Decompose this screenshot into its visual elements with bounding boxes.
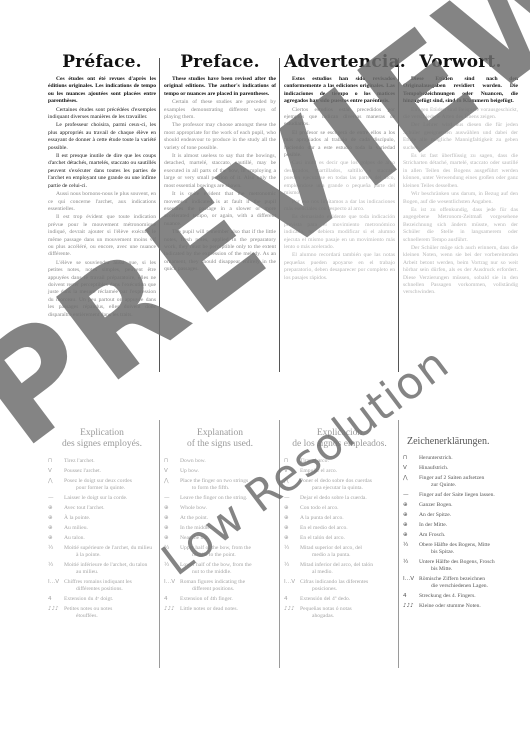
list-item: ♪♪♪Little notes or dead notes. xyxy=(164,606,276,613)
list-item: ⋀Finger auf 2 Saiten aufsetzenzur Quinte… xyxy=(403,475,518,489)
position-numerals-icon: I…V xyxy=(284,579,300,593)
list-item: ⊕Au talon. xyxy=(48,535,156,542)
paragraph: The professor may choose amongst these t… xyxy=(164,122,276,152)
up-bow-icon: V xyxy=(48,468,64,475)
upper-half-icon: ½ xyxy=(403,542,419,556)
list-item: ♪♪♪Petites notes ou notesétouffées. xyxy=(48,606,156,620)
upper-half-icon: ½ xyxy=(164,545,180,559)
list-item: ⊕A la punta del arco. xyxy=(284,515,395,522)
list-item: I…VCifras indicando las diferentesposici… xyxy=(284,579,395,593)
paragraph: Il est presque inutile de dire que les c… xyxy=(48,153,156,190)
lower-half-icon: ½ xyxy=(403,559,419,573)
hold-finger-icon: — xyxy=(403,492,419,499)
fifth-bridge-icon: ⋀ xyxy=(284,478,300,492)
signs-spanish-title: Explicación de los signos empleados. xyxy=(284,428,395,450)
preface-english-title: Preface. xyxy=(164,52,276,72)
list-item: ½Lower half of the bow, from thenut to t… xyxy=(164,562,276,576)
down-bow-icon: ⊓ xyxy=(48,458,64,465)
list-item: ½Upper half of the bow, from themiddle t… xyxy=(164,545,276,559)
whole-bow-icon: ⊕ xyxy=(48,505,64,512)
list-item: ⊕En el medio del arco. xyxy=(284,525,395,532)
paragraph: These studies have been revised after th… xyxy=(164,76,276,98)
paragraph: Por eso nos limitamos a dar las indicaci… xyxy=(284,199,395,214)
fifth-bridge-icon: ⋀ xyxy=(164,478,180,492)
up-bow-icon: V xyxy=(164,468,180,475)
paragraph: Le professeur choisira, parmi ceux-ci, l… xyxy=(48,122,156,152)
paragraph: It is almost useless to say that the bow… xyxy=(164,153,276,190)
paragraph: El alumno recordará también que las nota… xyxy=(284,252,395,282)
list-item: VUp bow. xyxy=(164,468,276,475)
middle-icon: ⊕ xyxy=(164,525,180,532)
list-item: ⊕En el talón del arco. xyxy=(284,535,395,542)
paragraph: Ces études ont été revues d'après les éd… xyxy=(48,76,156,106)
paragraph: Il est trop évident que toute indication… xyxy=(48,214,156,258)
lower-half-icon: ½ xyxy=(48,562,64,576)
preface-german-title: Vorwort. xyxy=(403,52,518,72)
list-item: VEmpujar el arco. xyxy=(284,468,395,475)
paragraph: Einigen Etüden sind Beispiele vorausgesc… xyxy=(403,107,518,122)
score-preface-page: Préface. Ces études ont été revues d'apr… xyxy=(0,0,530,750)
at-point-icon: ⊕ xyxy=(164,515,180,522)
at-frog-icon: ⊕ xyxy=(284,535,300,542)
list-item: ⊓Down bow. xyxy=(164,458,276,465)
preface-spanish-body: Estos estudios han sido revisados confor… xyxy=(284,76,395,282)
paragraph: Aussi nous bornons-nous le plus souvent,… xyxy=(48,191,156,213)
list-item: I…VRoman figures indicating thedifferent… xyxy=(164,579,276,593)
paragraph: Casi inútil es decir que los golpes de a… xyxy=(284,160,395,197)
list-item: ♪♪♪Kleine oder stumme Noten. xyxy=(403,603,518,610)
paragraph: L'élève se souviendra aussi que, si les … xyxy=(48,260,156,319)
down-bow-icon: ⊓ xyxy=(403,455,419,462)
list-item: ½Mitad superior del arco, delmedio a la … xyxy=(284,545,395,559)
paragraph: Es ist fast überflüssig zu sagen, dass d… xyxy=(403,153,518,190)
title-line: Explication xyxy=(48,428,156,439)
title-line: des signes employés. xyxy=(48,439,156,450)
at-frog-icon: ⊕ xyxy=(403,532,419,539)
lower-half-icon: ½ xyxy=(164,562,180,576)
signs-german-title: Zeichenerklärungen. xyxy=(403,436,518,447)
list-item: ⊕In the middle. xyxy=(164,525,276,532)
paragraph: Certain of these studies are preceded by… xyxy=(164,99,276,121)
list-item: ♪♪♪Pequeñas notas ó notasahogadas. xyxy=(284,606,395,620)
signs-spanish-column: Explicación de los signos empleados. ⊓Ti… xyxy=(284,428,395,668)
list-item: ⊓Tirez l'archet. xyxy=(48,458,156,465)
list-item: ⊕At the point. xyxy=(164,515,276,522)
down-bow-icon: ⊓ xyxy=(284,458,300,465)
position-numerals-icon: I…V xyxy=(403,576,419,590)
whole-bow-icon: ⊕ xyxy=(403,502,419,509)
paragraph: Der Lehrer wird aus diesen die für jeden… xyxy=(403,122,518,152)
list-item: ⊕Whole bow. xyxy=(164,505,276,512)
small-notes-icon: ♪♪♪ xyxy=(403,603,419,610)
position-numerals-icon: I…V xyxy=(48,579,64,593)
list-item: VPoussez l'archet. xyxy=(48,468,156,475)
list-item: ⊕Ganzer Bogen. xyxy=(403,502,518,509)
preface-german-body: Diese Etüden sind nach den Originalausga… xyxy=(403,76,518,297)
hold-finger-icon: — xyxy=(48,495,64,502)
preface-french-title: Préface. xyxy=(48,52,156,72)
list-item: 4Extensión del 4º dedo. xyxy=(284,596,395,603)
list-item: —Finger auf der Saite liegen lassen. xyxy=(403,492,518,499)
preface-section: Préface. Ces études ont été revues d'apr… xyxy=(48,52,518,372)
position-numerals-icon: I…V xyxy=(164,579,180,593)
fifth-bridge-icon: ⋀ xyxy=(403,475,419,489)
list-item: —Dejar el dedo sobre la cuerda. xyxy=(284,495,395,502)
list-item: ⊕Am Frosch. xyxy=(403,532,518,539)
signs-french-title: Explication des signes employés. xyxy=(48,428,156,450)
signs-english-title: Explanation of the signs used. xyxy=(164,428,276,450)
at-point-icon: ⊕ xyxy=(48,515,64,522)
whole-bow-icon: ⊕ xyxy=(284,505,300,512)
paragraph: Diese Etüden sind nach den Originalausga… xyxy=(403,76,518,106)
paragraph: Ciertos estudios están precedidos por ej… xyxy=(284,107,395,129)
list-item: ⋀Place the finger on two stringsto form … xyxy=(164,478,276,492)
list-item: ⊕An der Spitze. xyxy=(403,512,518,519)
up-bow-icon: V xyxy=(284,468,300,475)
list-item: ½Moitié inférieure de l'archet, du talon… xyxy=(48,562,156,576)
at-point-icon: ⊕ xyxy=(284,515,300,522)
signs-german-column: Zeichenerklärungen. ⊓Herunterstrich. VHi… xyxy=(403,428,518,668)
small-notes-icon: ♪♪♪ xyxy=(284,606,300,620)
list-item: ⊕Con todo el arco. xyxy=(284,505,395,512)
paragraph: Der Schüler möge sich auch erinnern, das… xyxy=(403,245,518,297)
up-bow-icon: V xyxy=(403,465,419,472)
list-item: ⊕In der Mitte. xyxy=(403,522,518,529)
hold-finger-icon: — xyxy=(164,495,180,502)
paragraph: Estos estudios han sido revisados confor… xyxy=(284,76,395,106)
middle-icon: ⊕ xyxy=(403,522,419,529)
list-item: 4Extension of 4th finger. xyxy=(164,596,276,603)
list-item: ⊓Tirar el arco. xyxy=(284,458,395,465)
list-item: 4Extension du 4ᵉ doigt. xyxy=(48,596,156,603)
down-bow-icon: ⊓ xyxy=(164,458,180,465)
list-item: ½Moitié supérieure de l'archet, du milie… xyxy=(48,545,156,559)
extension-icon: 4 xyxy=(403,593,419,600)
paragraph: The pupil will remember also that if the… xyxy=(164,229,276,273)
list-item: ⊓Herunterstrich. xyxy=(403,455,518,462)
preface-english-body: These studies have been revised after th… xyxy=(164,76,276,274)
at-frog-icon: ⊕ xyxy=(48,535,64,542)
paragraph: Wir beschränken uns darum, in Bezug auf … xyxy=(403,191,518,206)
list-item: ⊕Avec tout l'archet. xyxy=(48,505,156,512)
small-notes-icon: ♪♪♪ xyxy=(48,606,64,620)
list-item: VHinaufstrich. xyxy=(403,465,518,472)
signs-section: Explication des signes employés. ⊓Tirez … xyxy=(48,428,518,668)
fifth-bridge-icon: ⋀ xyxy=(48,478,64,492)
middle-icon: ⊕ xyxy=(284,525,300,532)
upper-half-icon: ½ xyxy=(284,545,300,559)
title-line: Explicación xyxy=(284,428,395,439)
list-item: ½Obere Hälfte des Bogens, Mittebis Spitz… xyxy=(403,542,518,556)
list-item: ⊕À la pointe. xyxy=(48,515,156,522)
list-item: 4Streckung des 4. Fingers. xyxy=(403,593,518,600)
preface-french-column: Préface. Ces études ont été revues d'apr… xyxy=(48,52,156,372)
list-item: —Leave the finger on the string. xyxy=(164,495,276,502)
title-line: de los signos empleados. xyxy=(284,439,395,450)
paragraph: Certaines études sont précédées d'exempl… xyxy=(48,107,156,122)
preface-german-column: Vorwort. Diese Etüden sind nach den Orig… xyxy=(403,52,518,372)
title-line: of the signs used. xyxy=(164,439,276,450)
middle-icon: ⊕ xyxy=(48,525,64,532)
upper-half-icon: ½ xyxy=(48,545,64,559)
extension-icon: 4 xyxy=(284,596,300,603)
extension-icon: 4 xyxy=(164,596,180,603)
paragraph: It is quite evident that the metronomic … xyxy=(164,191,276,228)
signs-french-column: Explication des signes employés. ⊓Tirez … xyxy=(48,428,156,668)
list-item: —Laisser le doigt sur la corde. xyxy=(48,495,156,502)
small-notes-icon: ♪♪♪ xyxy=(164,606,180,613)
at-frog-icon: ⊕ xyxy=(164,535,180,542)
whole-bow-icon: ⊕ xyxy=(164,505,180,512)
preface-spanish-title: Advertencia. xyxy=(284,52,395,72)
paragraph: Es demasiado evidente que toda indicació… xyxy=(284,214,395,251)
preface-french-body: Ces études ont été revues d'après les éd… xyxy=(48,76,156,319)
signs-english-column: Explanation of the signs used. ⊓Down bow… xyxy=(164,428,276,668)
list-item: ⋀Poner el dedo sobre dos cuerdaspara eje… xyxy=(284,478,395,492)
list-item: I…VRömische Ziffern bezeichnendie versch… xyxy=(403,576,518,590)
list-item: ⋀Posez le doigt sur deux cordespour form… xyxy=(48,478,156,492)
extension-icon: 4 xyxy=(48,596,64,603)
preface-spanish-column: Advertencia. Estos estudios han sido rev… xyxy=(284,52,395,372)
list-item: ½Untere Hälfte des Bogens, Froschbis Mit… xyxy=(403,559,518,573)
paragraph: El profesor se escogerá de entre ellos a… xyxy=(284,130,395,160)
list-item: ⊕Au milieu. xyxy=(48,525,156,532)
lower-half-icon: ½ xyxy=(284,562,300,576)
preface-english-column: Preface. These studies have been revised… xyxy=(164,52,276,372)
list-item: I…VChiffres romains indiquant lesdiffére… xyxy=(48,579,156,593)
list-item: ⊕Near the nut. xyxy=(164,535,276,542)
hold-finger-icon: — xyxy=(284,495,300,502)
at-point-icon: ⊕ xyxy=(403,512,419,519)
paragraph: Es ist zu offenkundig, dass jede für das… xyxy=(403,207,518,244)
list-item: ½Mitad inferior del arco, del talónal me… xyxy=(284,562,395,576)
title-line: Explanation xyxy=(164,428,276,439)
